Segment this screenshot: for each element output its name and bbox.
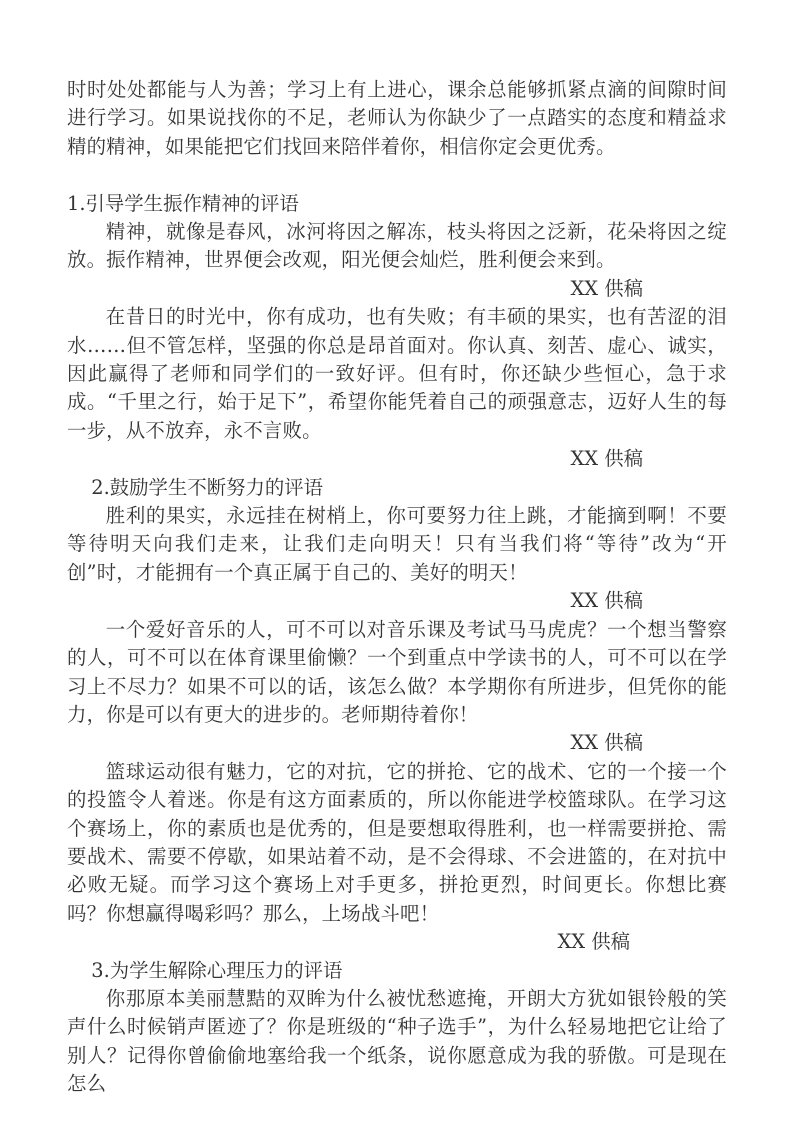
- section-2-paragraph-1: 胜利的果实，永远挂在树梢上，你可要努力往上跳，才能摘到啊！不要等待明天向我们走来…: [67, 502, 727, 587]
- section-2-heading: 2.鼓励学生不断努力的评语: [67, 474, 727, 502]
- byline: XX 供稿: [67, 587, 727, 615]
- intro-paragraph: 时时处处都能与人为善；学习上有上进心，课余总能够抓紧点滴的间隙时间进行学习。如果…: [67, 76, 727, 161]
- byline: XX 供稿: [67, 729, 727, 757]
- section-2-paragraph-3: 篮球运动很有魅力，它的对抗，它的拼抢、它的战术、它的一个接一个的投篮令人着迷。你…: [67, 758, 727, 928]
- section-2-paragraph-2: 一个爱好音乐的人，可不可以对音乐课及考试马马虎虎？一个想当警察的人，可不可以在体…: [67, 616, 727, 730]
- byline: XX 供稿: [67, 445, 727, 473]
- blank-line: [67, 161, 727, 189]
- section-3-heading: 3.为学生解除心理压力的评语: [67, 957, 727, 985]
- section-3-paragraph-1: 你那原本美丽慧黠的双眸为什么被忧愁遮掩，开朗大方犹如银铃般的笑声什么时候销声匿迹…: [67, 985, 727, 1099]
- byline: XX 供稿: [67, 275, 727, 303]
- byline: XX 供稿: [67, 928, 727, 956]
- section-1-paragraph-1: 精神，就像是春风，冰河将因之解冻，枝头将因之泛新，花朵将因之绽放。振作精神，世界…: [67, 218, 727, 275]
- section-1-heading: 1.引导学生振作精神的评语: [67, 190, 727, 218]
- document-page: 时时处处都能与人为善；学习上有上进心，课余总能够抓紧点滴的间隙时间进行学习。如果…: [0, 0, 793, 1122]
- section-1-paragraph-2: 在昔日的时光中，你有成功，也有失败；有丰硕的果实，也有苦涩的泪水……但不管怎样，…: [67, 303, 727, 445]
